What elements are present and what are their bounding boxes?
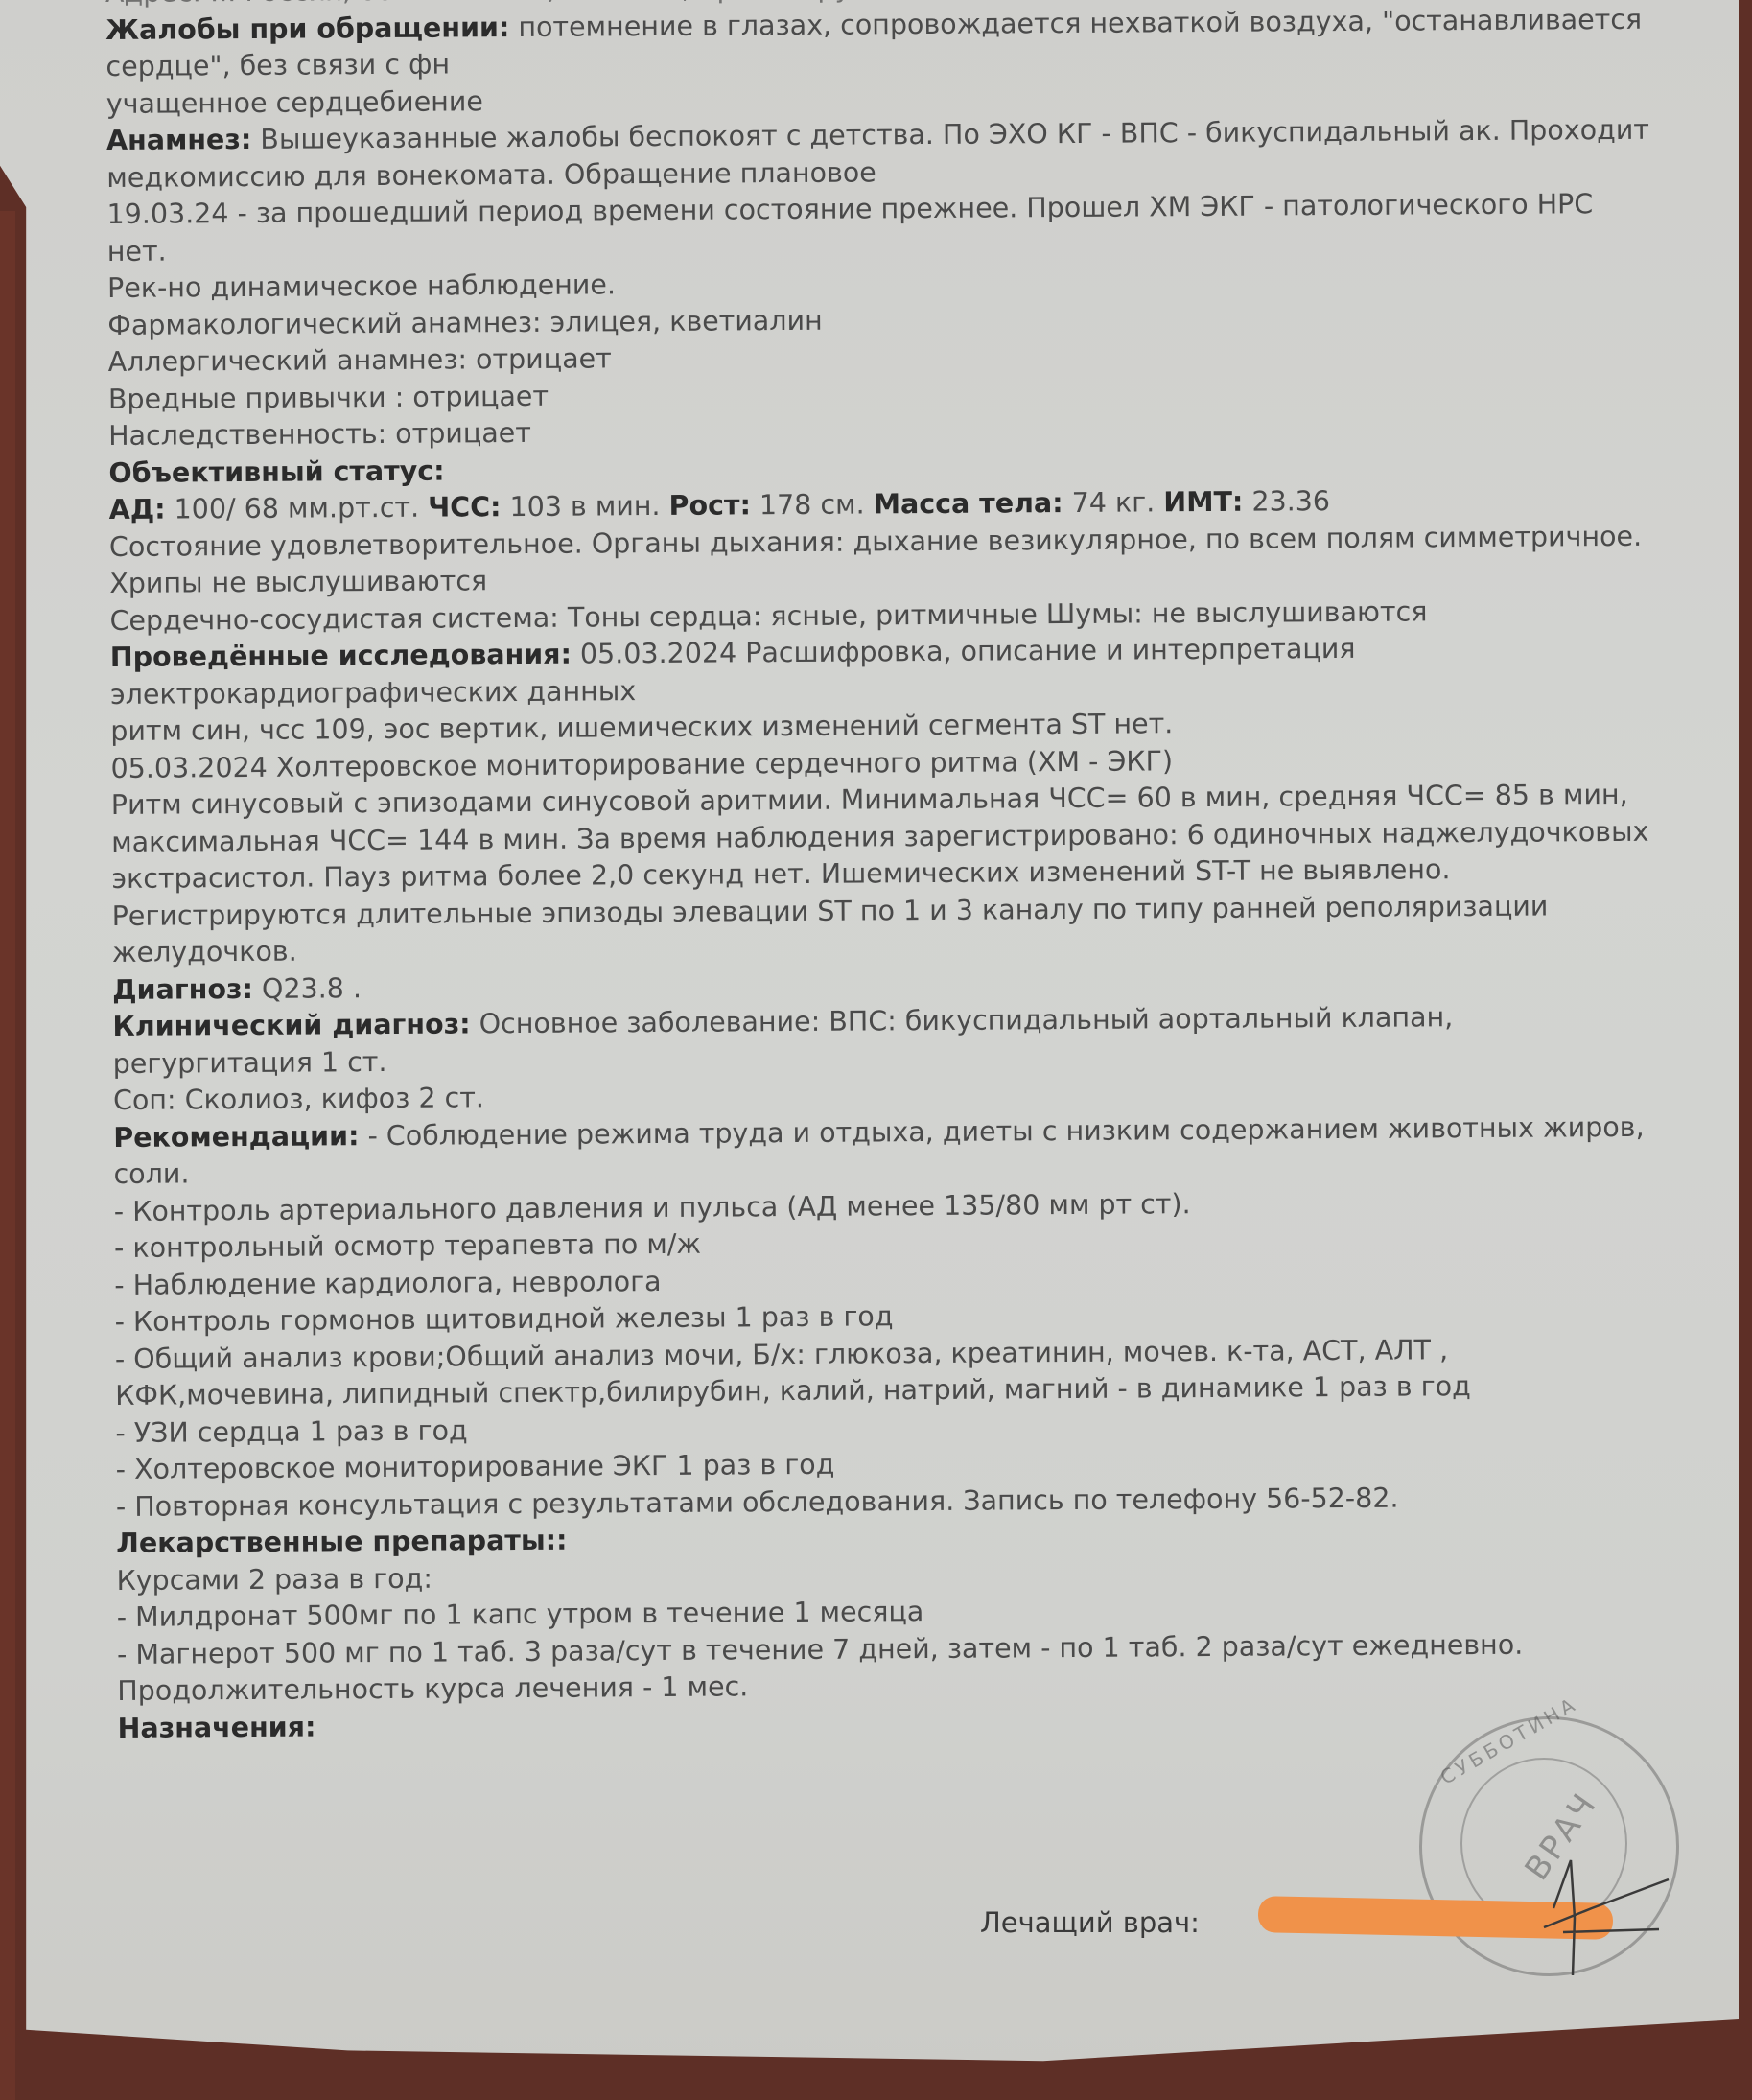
attending-physician-label: Лечащий врач: bbox=[980, 1906, 1200, 1939]
table-surface-edge bbox=[0, 211, 15, 2100]
studies-label: Проведённые исследования: bbox=[110, 639, 572, 673]
anamnesis-label: Анамнез: bbox=[106, 124, 251, 156]
bmi-label: ИМТ: bbox=[1163, 486, 1243, 519]
height-label: Рост: bbox=[669, 489, 752, 522]
medical-report-body: Адрес: ... Россия, обл. Томская, г. Томс… bbox=[105, 0, 1729, 1747]
complaints-label: Жалобы при обращении: bbox=[105, 12, 509, 46]
weight-value: 74 кг. bbox=[1063, 486, 1163, 519]
recommendations-label: Рекомендации: bbox=[113, 1120, 359, 1154]
clinical-diagnosis-label: Клинический диагноз: bbox=[112, 1008, 470, 1042]
diagnosis-code: Q23.8 . bbox=[253, 972, 362, 1005]
bp-value: 100/ 68 мм.рт.ст. bbox=[165, 492, 428, 525]
height-value: 178 см. bbox=[751, 488, 874, 521]
weight-label: Масса тела: bbox=[874, 487, 1063, 520]
hr-label: ЧСС: bbox=[428, 491, 501, 524]
diagnosis-label: Диагноз: bbox=[112, 972, 253, 1005]
signature-icon bbox=[1534, 1851, 1678, 1985]
bp-label: АД: bbox=[109, 494, 166, 525]
hr-value: 103 в мин. bbox=[501, 490, 668, 523]
bmi-value: 23.36 bbox=[1243, 485, 1330, 518]
